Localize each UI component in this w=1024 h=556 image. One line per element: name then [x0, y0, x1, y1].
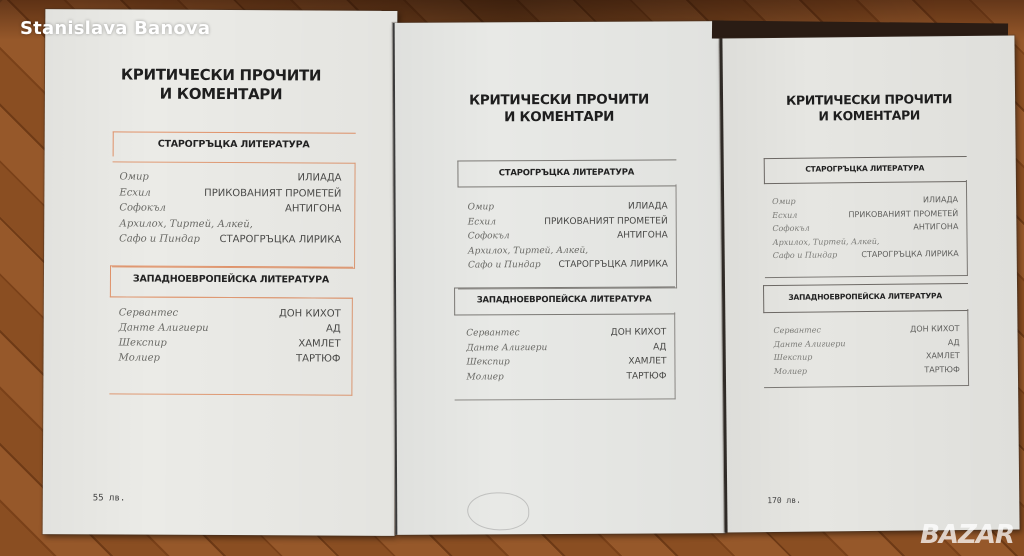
work-row: ОмирИЛИАДА [468, 199, 668, 215]
work-row: МолиерТАРТЮФ [466, 369, 666, 385]
author-name: Данте Алигиери [774, 337, 846, 351]
author-name: Молиер [774, 364, 807, 378]
author-name: Сафо и Пиндар [468, 258, 541, 273]
author-name: Сервантес [119, 305, 178, 320]
works-list-ancient-greek: ОмирИЛИАДАЕсхилПРИКОВАНИЯТ ПРОМЕТЕЙСофок… [468, 199, 668, 273]
work-title: АД [948, 336, 960, 350]
work-row: Сафо и ПиндарСТАРОГРЪЦКА ЛИРИКА [468, 257, 668, 273]
work-row: Архилох, Тиртей, Алкей, [119, 216, 341, 233]
author-name: Сервантес [466, 326, 519, 341]
author-name: Молиер [119, 350, 160, 365]
work-title: ПРИКОВАНИЯТ ПРОМЕТЕЙ [544, 214, 668, 229]
work-row: СофокълАНТИГОНА [119, 200, 341, 217]
work-title: ИЛИАДА [297, 170, 341, 186]
work-row: МолиерТАРТЮФ [774, 363, 960, 378]
book-back-cover-2: КРИТИЧЕСКИ ПРОЧИТИ И КОМЕНТАРИ СТАРОГРЪЦ… [393, 21, 726, 535]
work-row: ШекспирХАМЛЕТ [466, 354, 666, 370]
work-title: СТАРОГРЪЦКА ЛИРИКА [558, 257, 668, 272]
work-row: СервантесДОН КИХОТ [773, 322, 959, 337]
author-name: Омир [772, 195, 796, 209]
pencil-scribble [467, 492, 529, 530]
work-row: СервантесДОН КИХОТ [466, 325, 666, 341]
author-name: Данте Алигиери [466, 341, 547, 356]
work-title: ПРИКОВАНИЯТ ПРОМЕТЕЙ [204, 185, 341, 201]
work-row: СофокълАНТИГОНА [772, 220, 958, 235]
work-row: ОмирИЛИАДА [119, 169, 341, 186]
work-title: СТАРОГРЪЦКА ЛИРИКА [861, 247, 958, 262]
bazar-logo-watermark: BAZAR [920, 520, 1014, 550]
work-title: ДОН КИХОТ [279, 306, 341, 321]
work-title: ПРИКОВАНИЯТ ПРОМЕТЕЙ [848, 207, 958, 222]
work-title: АД [653, 340, 666, 355]
works-list-western-european: СервантесДОН КИХОТДанте АлигиериАДШекспи… [119, 305, 341, 366]
work-title: ТАРТЮФ [626, 369, 666, 384]
author-name: Архилох, Тиртей, Алкей, [468, 243, 588, 258]
author-name: Сервантес [773, 324, 821, 338]
seller-name-watermark: Stanislava Banova [20, 18, 210, 39]
works-list-ancient-greek: ОмирИЛИАДАЕсхилПРИКОВАНИЯТ ПРОМЕТЕЙСофок… [772, 193, 959, 262]
author-name: Софокъл [119, 200, 166, 216]
work-row: Данте АлигиериАД [466, 340, 666, 356]
book-title: КРИТИЧЕСКИ ПРОЧИТИ И КОМЕНТАРИ [395, 91, 723, 126]
author-name: Есхил [119, 185, 150, 201]
price-label: 170 лв. [767, 496, 801, 505]
author-name: Сафо и Пиндар [119, 231, 200, 247]
author-name: Есхил [468, 215, 496, 230]
work-title: АНТИГОНА [913, 220, 958, 234]
author-name: Омир [468, 200, 494, 215]
author-name: Данте Алигиери [119, 320, 209, 335]
author-name: Омир [119, 169, 148, 185]
work-title: СТАРОГРЪЦКА ЛИРИКА [220, 232, 342, 248]
work-title: ДОН КИХОТ [611, 325, 667, 340]
work-row: ШекспирХАМЛЕТ [119, 335, 341, 351]
author-name: Сафо и Пиндар [773, 248, 838, 262]
author-name: Шекспир [119, 335, 167, 350]
author-name: Софокъл [468, 229, 510, 244]
work-title: ХАМЛЕТ [628, 354, 666, 369]
section-heading-ancient-greek: СТАРОГРЪЦКА ЛИТЕРАТУРА [113, 138, 355, 150]
work-title: ИЛИАДА [628, 199, 668, 214]
work-row: МолиерТАРТЮФ [119, 350, 341, 366]
author-name: Шекспир [466, 355, 509, 370]
work-row: ЕсхилПРИКОВАНИЯТ ПРОМЕТЕЙ [119, 185, 341, 202]
title-line-1: КРИТИЧЕСКИ ПРОЧИТИ [395, 91, 723, 110]
author-name: Софокъл [772, 222, 809, 236]
work-title: ТАРТЮФ [924, 363, 960, 377]
work-row: ЕсхилПРИКОВАНИЯТ ПРОМЕТЕЙ [468, 214, 668, 230]
works-list-ancient-greek: ОмирИЛИАДАЕсхилПРИКОВАНИЯТ ПРОМЕТЕЙСофок… [119, 169, 341, 248]
book-back-cover-1: КРИТИЧЕСКИ ПРОЧИТИ И КОМЕНТАРИ СТАРОГРЪЦ… [43, 9, 398, 536]
book-title: КРИТИЧЕСКИ ПРОЧИТИ И КОМЕНТАРИ [45, 65, 397, 104]
author-name: Шекспир [774, 351, 813, 365]
price-label: 55 лв. [93, 493, 126, 503]
title-line-2: И КОМЕНТАРИ [45, 84, 397, 105]
works-list-western-european: СервантесДОН КИХОТДанте АлигиериАДШекспи… [466, 325, 666, 384]
section-heading-ancient-greek: СТАРОГРЪЦКА ЛИТЕРАТУРА [457, 167, 675, 178]
section-heading-western-european: ЗАПАДНОЕВРОПЕЙСКА ЛИТЕРАТУРА [454, 294, 674, 305]
work-title: АНТИГОНА [285, 201, 341, 217]
work-row: Сафо и ПиндарСТАРОГРЪЦКА ЛИРИКА [773, 247, 959, 262]
work-row: Сафо и ПиндарСТАРОГРЪЦКА ЛИРИКА [119, 231, 341, 248]
work-row: СофокълАНТИГОНА [468, 228, 668, 244]
work-title: ХАМЛЕТ [298, 336, 340, 351]
work-row: Архилох, Тиртей, Алкей, [468, 243, 668, 259]
title-line-2: И КОМЕНТАРИ [723, 106, 1015, 125]
work-row: Данте АлигиериАД [119, 320, 341, 336]
work-title: АД [326, 322, 341, 337]
work-row: СервантесДОН КИХОТ [119, 305, 341, 321]
author-name: Молиер [466, 370, 503, 385]
author-name: Архилох, Тиртей, Алкей, [772, 234, 879, 249]
work-title: ХАМЛЕТ [926, 349, 960, 363]
title-line-1: КРИТИЧЕСКИ ПРОЧИТИ [45, 65, 397, 86]
section-heading-western-european: ЗАПАДНОЕВРОПЕЙСКА ЛИТЕРАТУРА [110, 273, 352, 285]
book-back-cover-3: КРИТИЧЕСКИ ПРОЧИТИ И КОМЕНТАРИ СТАРОГРЪЦ… [719, 35, 1019, 532]
work-title: ИЛИАДА [923, 193, 958, 207]
works-list-western-european: СервантесДОН КИХОТДанте АлигиериАДШекспи… [773, 322, 960, 378]
work-title: АНТИГОНА [617, 228, 668, 243]
title-line-2: И КОМЕНТАРИ [395, 108, 723, 127]
work-title: ТАРТЮФ [296, 351, 341, 366]
book-title: КРИТИЧЕСКИ ПРОЧИТИ И КОМЕНТАРИ [723, 90, 1015, 124]
work-title: ДОН КИХОТ [910, 322, 960, 336]
author-name: Есхил [772, 208, 797, 222]
author-name: Архилох, Тиртей, Алкей, [119, 216, 253, 232]
